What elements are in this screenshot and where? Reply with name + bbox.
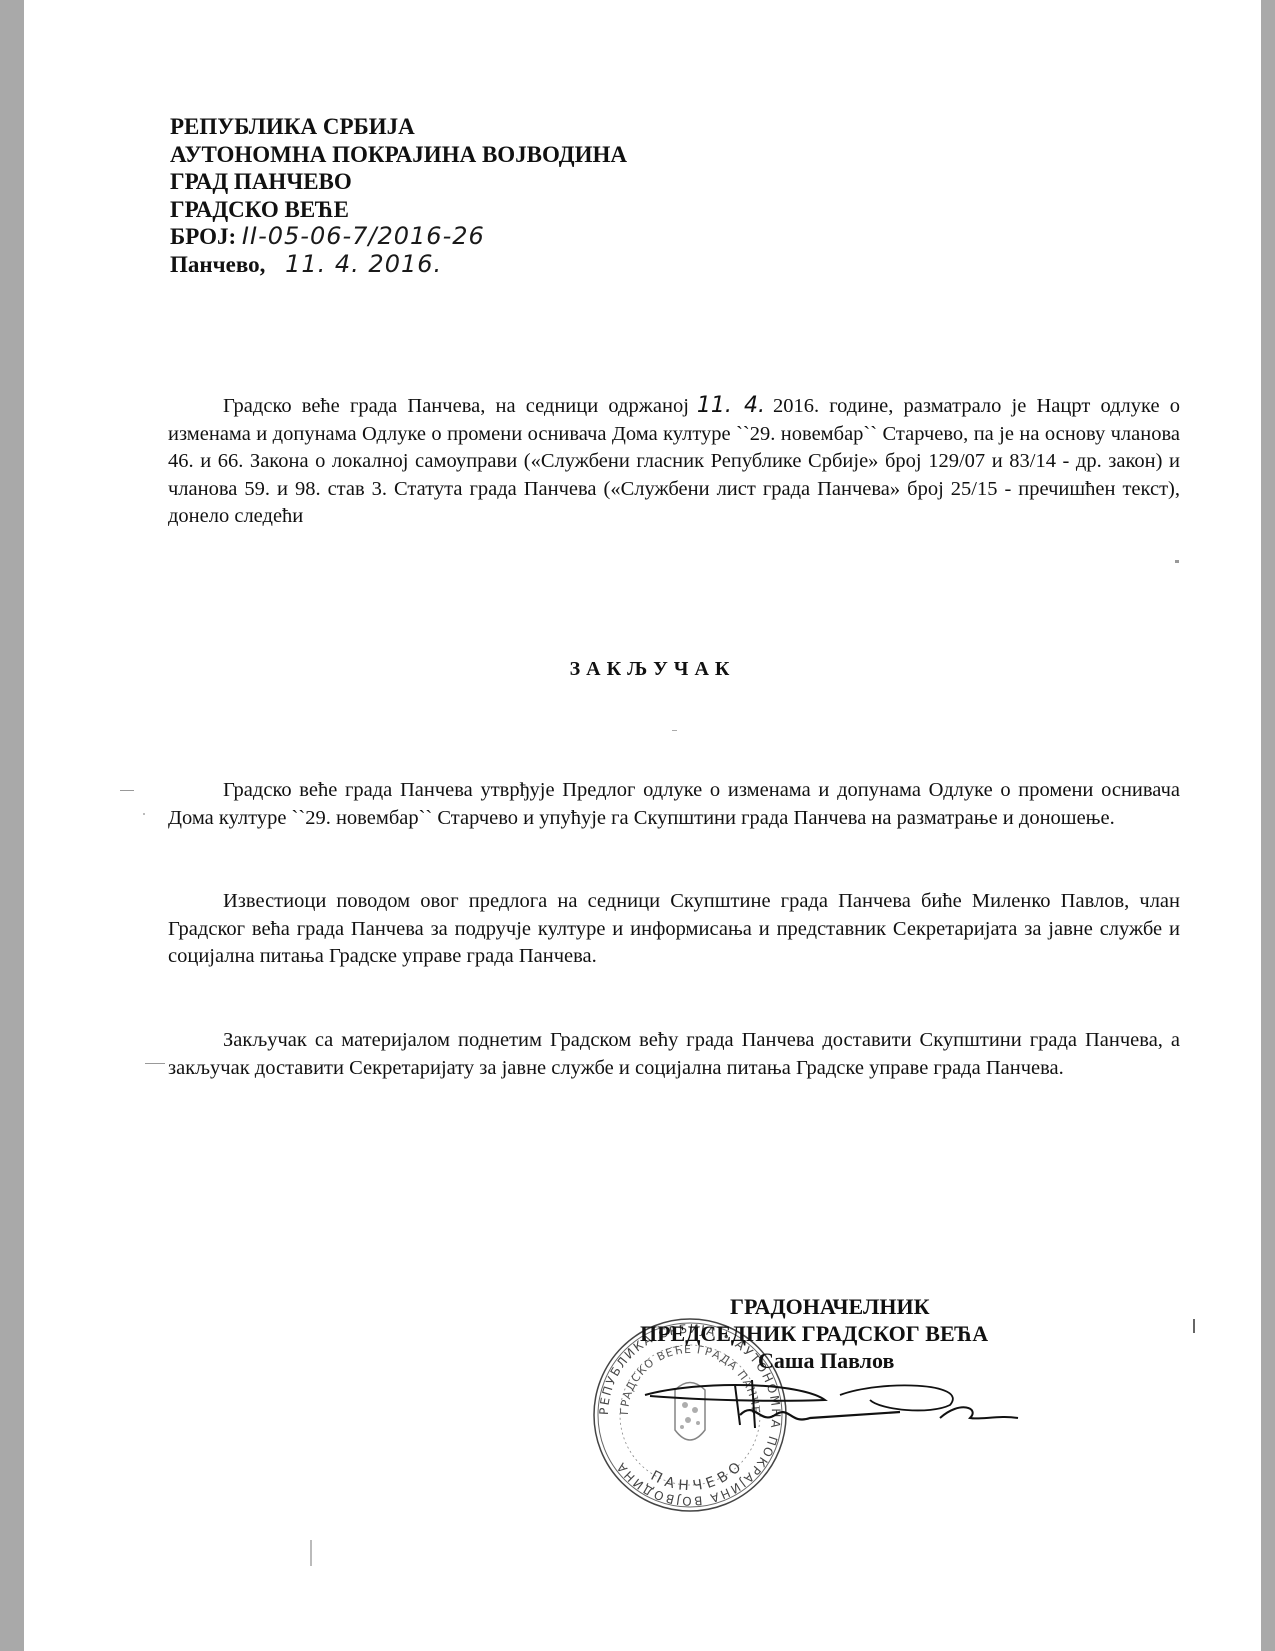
scan-edge-left — [0, 0, 24, 1651]
date-value-handwritten: 11. 4. 2016. — [271, 250, 442, 278]
document-title: ЗАКЉУЧАК — [0, 658, 1275, 681]
paragraph-1-text: Градско веће града Панчева утврђује Пред… — [168, 777, 1180, 832]
number-label: БРОЈ: — [170, 224, 236, 249]
intro-paragraph: Градско веће града Панчева, на седници о… — [168, 392, 1180, 531]
signatory-title-mayor: ГРАДОНАЧЕЛНИК — [640, 1293, 988, 1320]
scan-edge-right — [1261, 0, 1275, 1651]
scan-speck — [120, 790, 134, 791]
signature-block: ГРАДОНАЧЕЛНИК ПРЕДСЕДНИК ГРАДСКОГ ВЕЋА С… — [640, 1293, 988, 1374]
header-date-line: Панчево, 11. 4. 2016. — [170, 251, 627, 279]
paragraph-3-text: Закључак са материјалом поднетим Градско… — [168, 1027, 1180, 1082]
place-label: Панчево, — [170, 252, 265, 277]
number-value-handwritten: II-05-06-7/2016-26 — [242, 222, 485, 250]
header-city: ГРАД ПАНЧЕВО — [170, 168, 627, 196]
paragraph-3: Закључак са материјалом поднетим Градско… — [168, 1027, 1180, 1082]
document-header: РЕПУБЛИКА СРБИЈА АУТОНОМНА ПОКРАЈИНА ВОЈ… — [170, 113, 627, 278]
scan-speck — [145, 1063, 165, 1064]
scan-speck — [672, 730, 677, 731]
scan-speck — [143, 813, 145, 815]
header-council: ГРАДСКО ВЕЋЕ — [170, 196, 627, 224]
header-number-line: БРОЈ: II-05-06-7/2016-26 — [170, 223, 627, 251]
scan-speck — [1193, 1319, 1195, 1333]
scan-speck — [310, 1540, 312, 1566]
paragraph-1: Градско веће града Панчева утврђује Пред… — [168, 777, 1180, 832]
session-date-handwritten: 11. 4. — [689, 393, 773, 418]
intro-text-start: Градско веће града Панчева, на седници о… — [223, 395, 689, 417]
header-republic: РЕПУБЛИКА СРБИЈА — [170, 113, 627, 141]
paragraph-2-text: Известиоци поводом овог предлога на седн… — [168, 888, 1180, 971]
header-province: АУТОНОМНА ПОКРАЈИНА ВОЈВОДИНА — [170, 141, 627, 169]
signatory-title-president: ПРЕДСЕДНИК ГРАДСКОГ ВЕЋА — [640, 1320, 988, 1347]
handwritten-signature-icon — [640, 1370, 1020, 1440]
paragraph-2: Известиоци поводом овог предлога на седн… — [168, 888, 1180, 971]
scan-speck — [1175, 560, 1179, 563]
